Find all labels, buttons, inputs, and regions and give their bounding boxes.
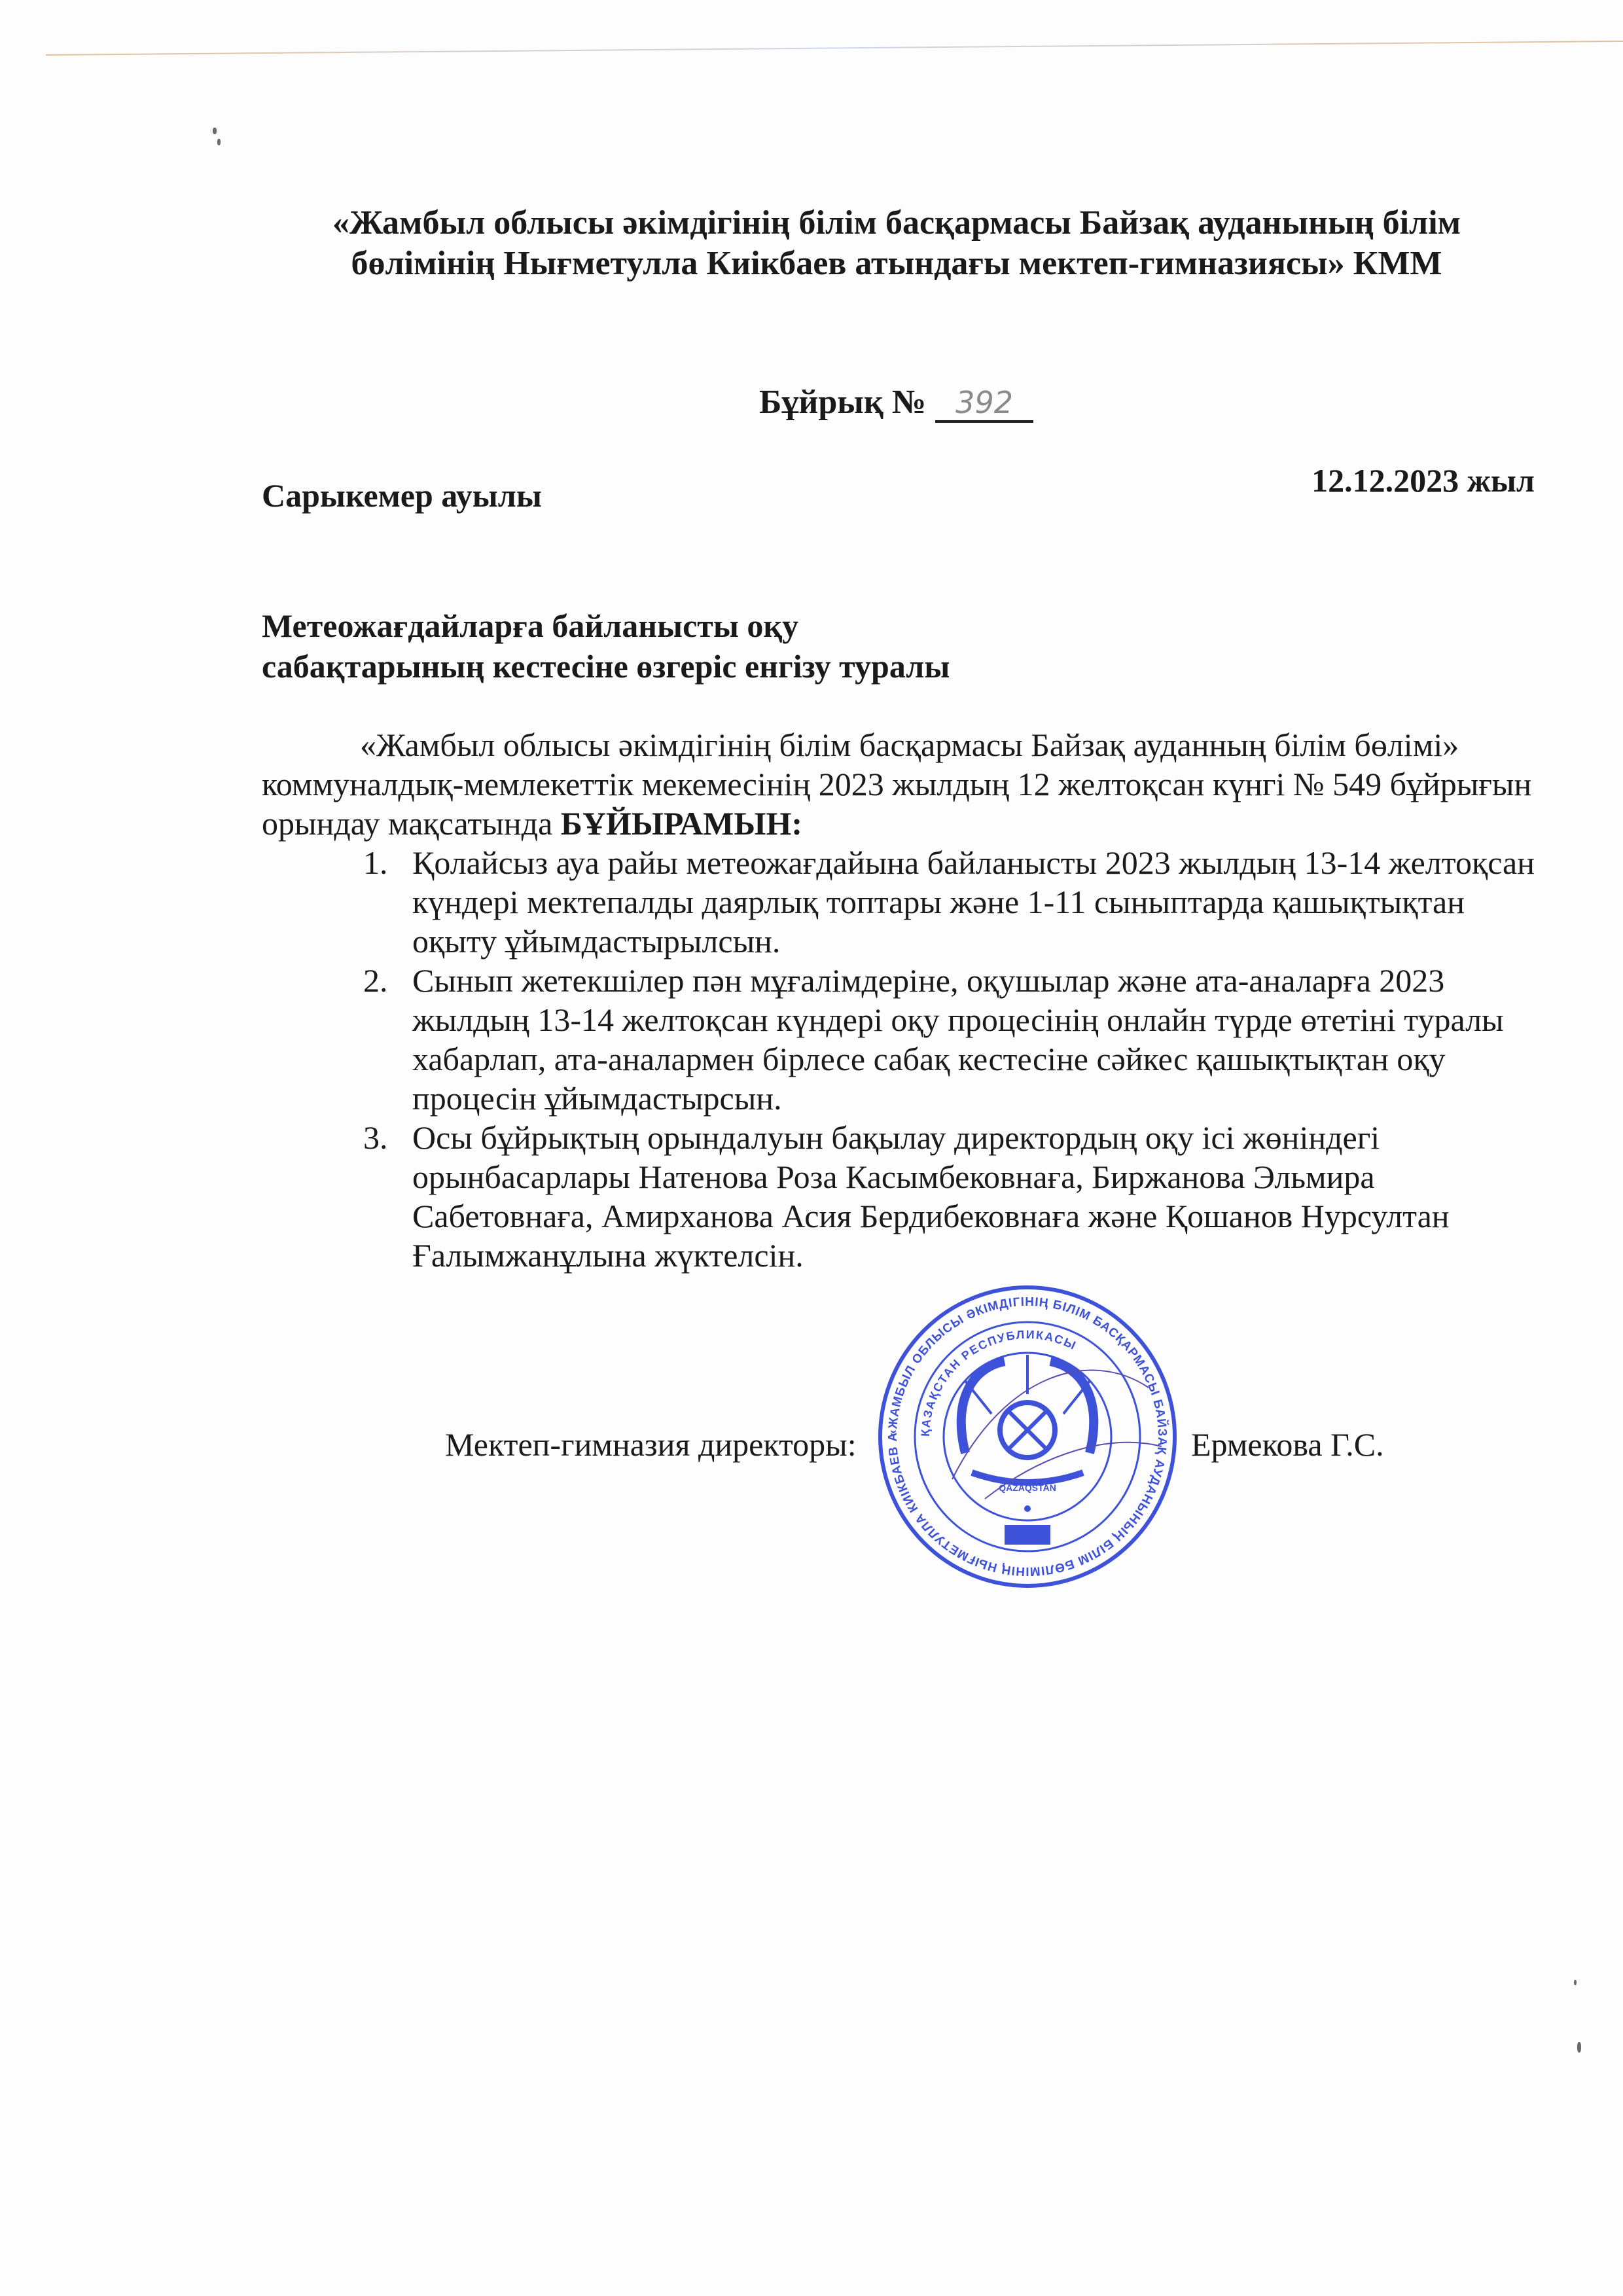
preamble-text: «Жамбыл облысы әкімдігінің білім басқарм… xyxy=(262,726,1531,842)
place-of-issue: Сарыкемер ауылы xyxy=(262,476,542,514)
item-number: 3. xyxy=(363,1118,388,1157)
item-text: Осы бұйрықтың орындалуын бақылау директо… xyxy=(412,1119,1450,1274)
order-item: 1. Қолайсыз ауа райы метеожағдайына байл… xyxy=(262,843,1538,961)
item-number: 1. xyxy=(363,843,388,882)
signature-stroke xyxy=(952,1371,1149,1479)
order-body: «Жамбыл облысы әкімдігінің білім басқарм… xyxy=(262,725,1538,1275)
order-number-line: Бұйрық №392 xyxy=(759,383,1033,423)
scan-speck xyxy=(1574,1980,1577,1985)
signatory-position: Мектеп-гимназия директоры: xyxy=(445,1426,857,1463)
institution-header: «Жамбыл облысы әкімдігінің білім басқарм… xyxy=(249,203,1544,284)
header-line-2: бөлімінің Нығметулла Киікбаев атындағы м… xyxy=(249,243,1544,284)
order-items-list: 1. Қолайсыз ауа райы метеожағдайына байл… xyxy=(262,843,1538,1275)
order-label: Бұйрық № xyxy=(759,384,926,421)
title-line-1: Метеожағдайларға байланысты оқу xyxy=(262,605,950,646)
order-item: 2. Сынып жетекшілер пән мұғалімдеріне, о… xyxy=(262,961,1538,1118)
item-text: Сынып жетекшілер пән мұғалімдеріне, оқуш… xyxy=(412,962,1504,1117)
title-line-2: сабақтарының кестесіне өзгеріс енгізу ту… xyxy=(262,646,950,687)
scan-speck xyxy=(1577,2042,1581,2053)
header-line-1: «Жамбыл облысы әкімдігінің білім басқарм… xyxy=(249,203,1544,243)
item-text: Қолайсыз ауа райы метеожағдайына байланы… xyxy=(412,844,1535,960)
seal-emblem-label: QAZAQSTAN xyxy=(999,1482,1056,1493)
order-item: 3. Осы бұйрықтың орындалуын бақылау дире… xyxy=(262,1118,1538,1275)
order-number-handwritten: 392 xyxy=(935,385,1033,423)
signatory-name: Ермекова Г.С. xyxy=(1191,1426,1384,1463)
issue-date: 12.12.2023 жыл xyxy=(1311,461,1535,499)
official-seal-icon: «ЖАМБЫЛ ОБЛЫСЫ ӘКІМДІГІНІҢ БІЛІМ БАСҚАРМ… xyxy=(874,1283,1181,1590)
order-title: Метеожағдайларға байланысты оқу сабақтар… xyxy=(262,605,950,687)
command-word: БҰЙЫРАМЫН: xyxy=(561,805,802,842)
scan-speck xyxy=(217,139,221,145)
item-number: 2. xyxy=(363,961,388,1000)
preamble-paragraph: «Жамбыл облысы әкімдігінің білім басқарм… xyxy=(262,725,1538,843)
scan-edge-line xyxy=(46,41,1623,56)
scan-speck xyxy=(213,128,217,134)
